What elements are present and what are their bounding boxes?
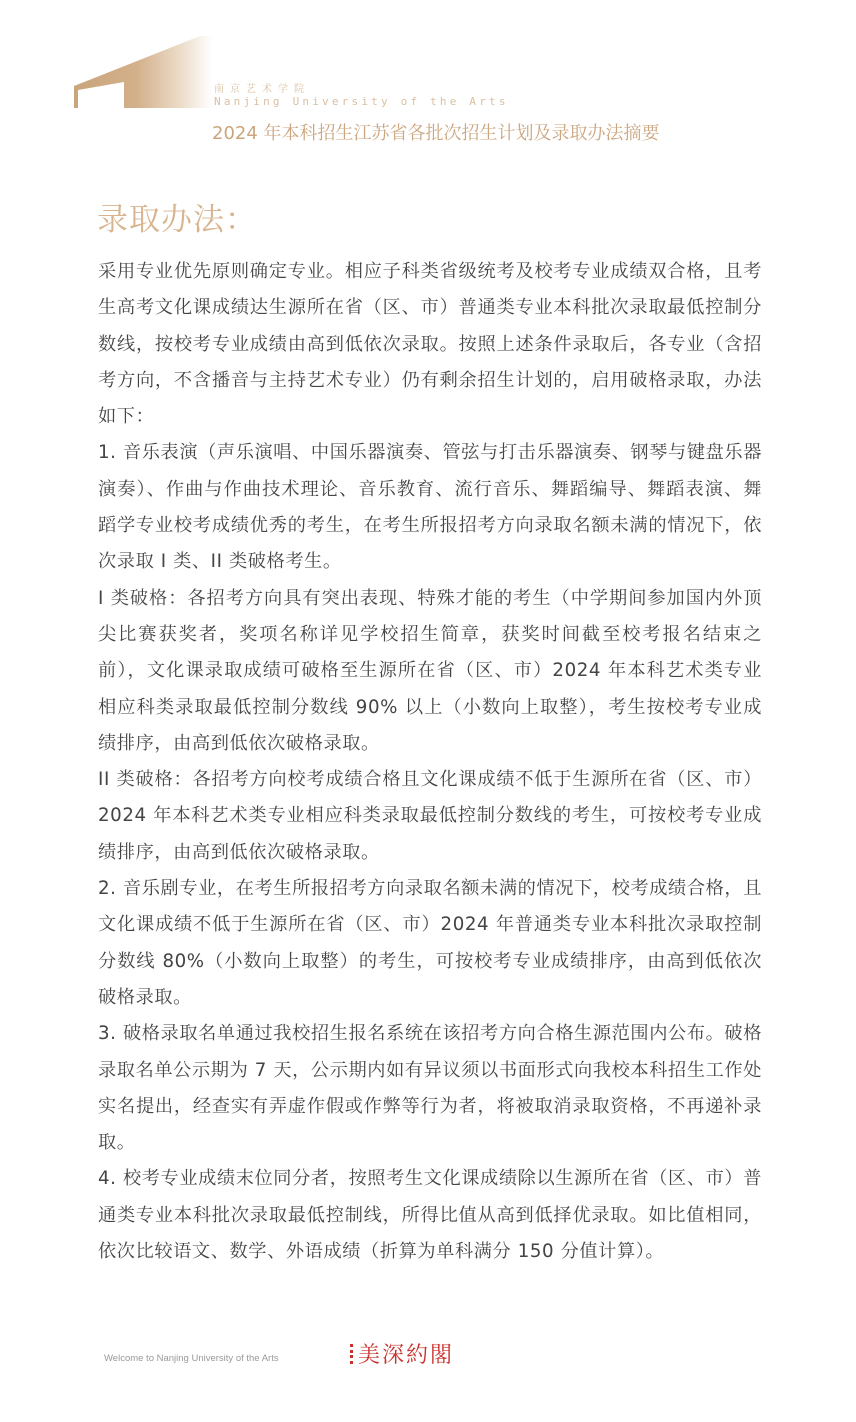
paragraph-intro: 采用专业优先原则确定专业。相应子科类省级统考及校考专业成绩双合格，且考生高考文化… <box>98 254 762 435</box>
welcome-text: Welcome to Nanjing University of the Art… <box>104 1353 279 1364</box>
paragraph-rule-1: 1. 音乐表演（声乐演唱、中国乐器演奏、管弦与打击乐器演奏、钢琴与键盘乐器演奏）… <box>98 435 762 580</box>
page-header: 南京艺术学院 Nanjing University of the Arts 20… <box>0 0 856 160</box>
section-title: 录取办法： <box>97 194 257 239</box>
seal-calligraphy: 美深約閣 <box>358 1338 454 1369</box>
paragraph-rule-3: 3. 破格录取名单通过我校招生报名系统在该招考方向合格生源范围内公布。破格录取名… <box>98 1016 762 1161</box>
page-footer: Welcome to Nanjing University of the Art… <box>0 1330 856 1380</box>
paragraph-rule-2: 2. 音乐剧专业，在考生所报招考方向录取名额未满的情况下，校考成绩合格，且文化课… <box>98 871 762 1016</box>
seal-mark-icon <box>349 1344 353 1364</box>
paragraph-class-ii-exception: II 类破格：各招考方向校考成绩合格且文化课成绩不低于生源所在省（区、市）202… <box>98 762 762 871</box>
paragraph-rule-4: 4. 校考专业成绩末位同分者，按照考生文化课成绩除以生源所在省（区、市）普通类专… <box>98 1161 762 1270</box>
paragraph-class-i-exception: I 类破格：各招考方向具有突出表现、特殊才能的考生（中学期间参加国内外顶尖比赛获… <box>98 581 762 762</box>
school-name-en: Nanjing University of the Arts <box>214 95 509 108</box>
building-roof-logo-icon <box>72 36 212 108</box>
admission-rules-content: 采用专业优先原则确定专业。相应子科类省级统考及校考专业成绩双合格，且考生高考文化… <box>98 254 762 1270</box>
school-name-cn: 南京艺术学院 <box>214 80 310 95</box>
document-title: 2024 年本科招生江苏省各批次招生计划及录取办法摘要 <box>212 119 660 145</box>
